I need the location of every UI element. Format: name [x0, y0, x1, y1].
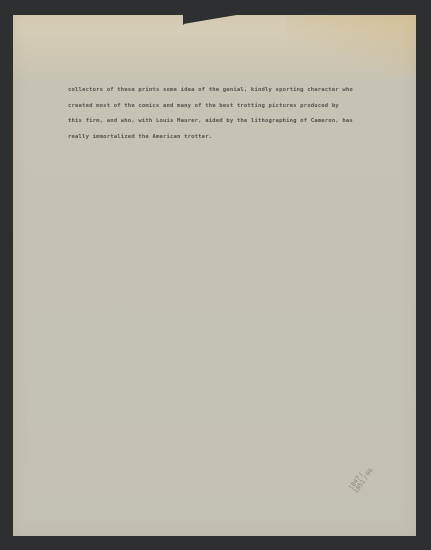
- text-line: collectors of these prints some idea of …: [68, 83, 408, 99]
- document-page: collectors of these prints some idea of …: [13, 15, 416, 536]
- text-line: this firm, and who, with Louis Maurer, a…: [68, 114, 408, 130]
- typed-text-block: collectors of these prints some idea of …: [68, 83, 408, 145]
- text-line: created most of the comics and many of t…: [68, 99, 408, 115]
- text-line: really immortalized the American trotter…: [68, 130, 408, 146]
- paper-stain: [286, 15, 416, 75]
- torn-edge: [183, 13, 238, 25]
- pencil-annotation: 1847 / 1851 / 96: [348, 463, 375, 494]
